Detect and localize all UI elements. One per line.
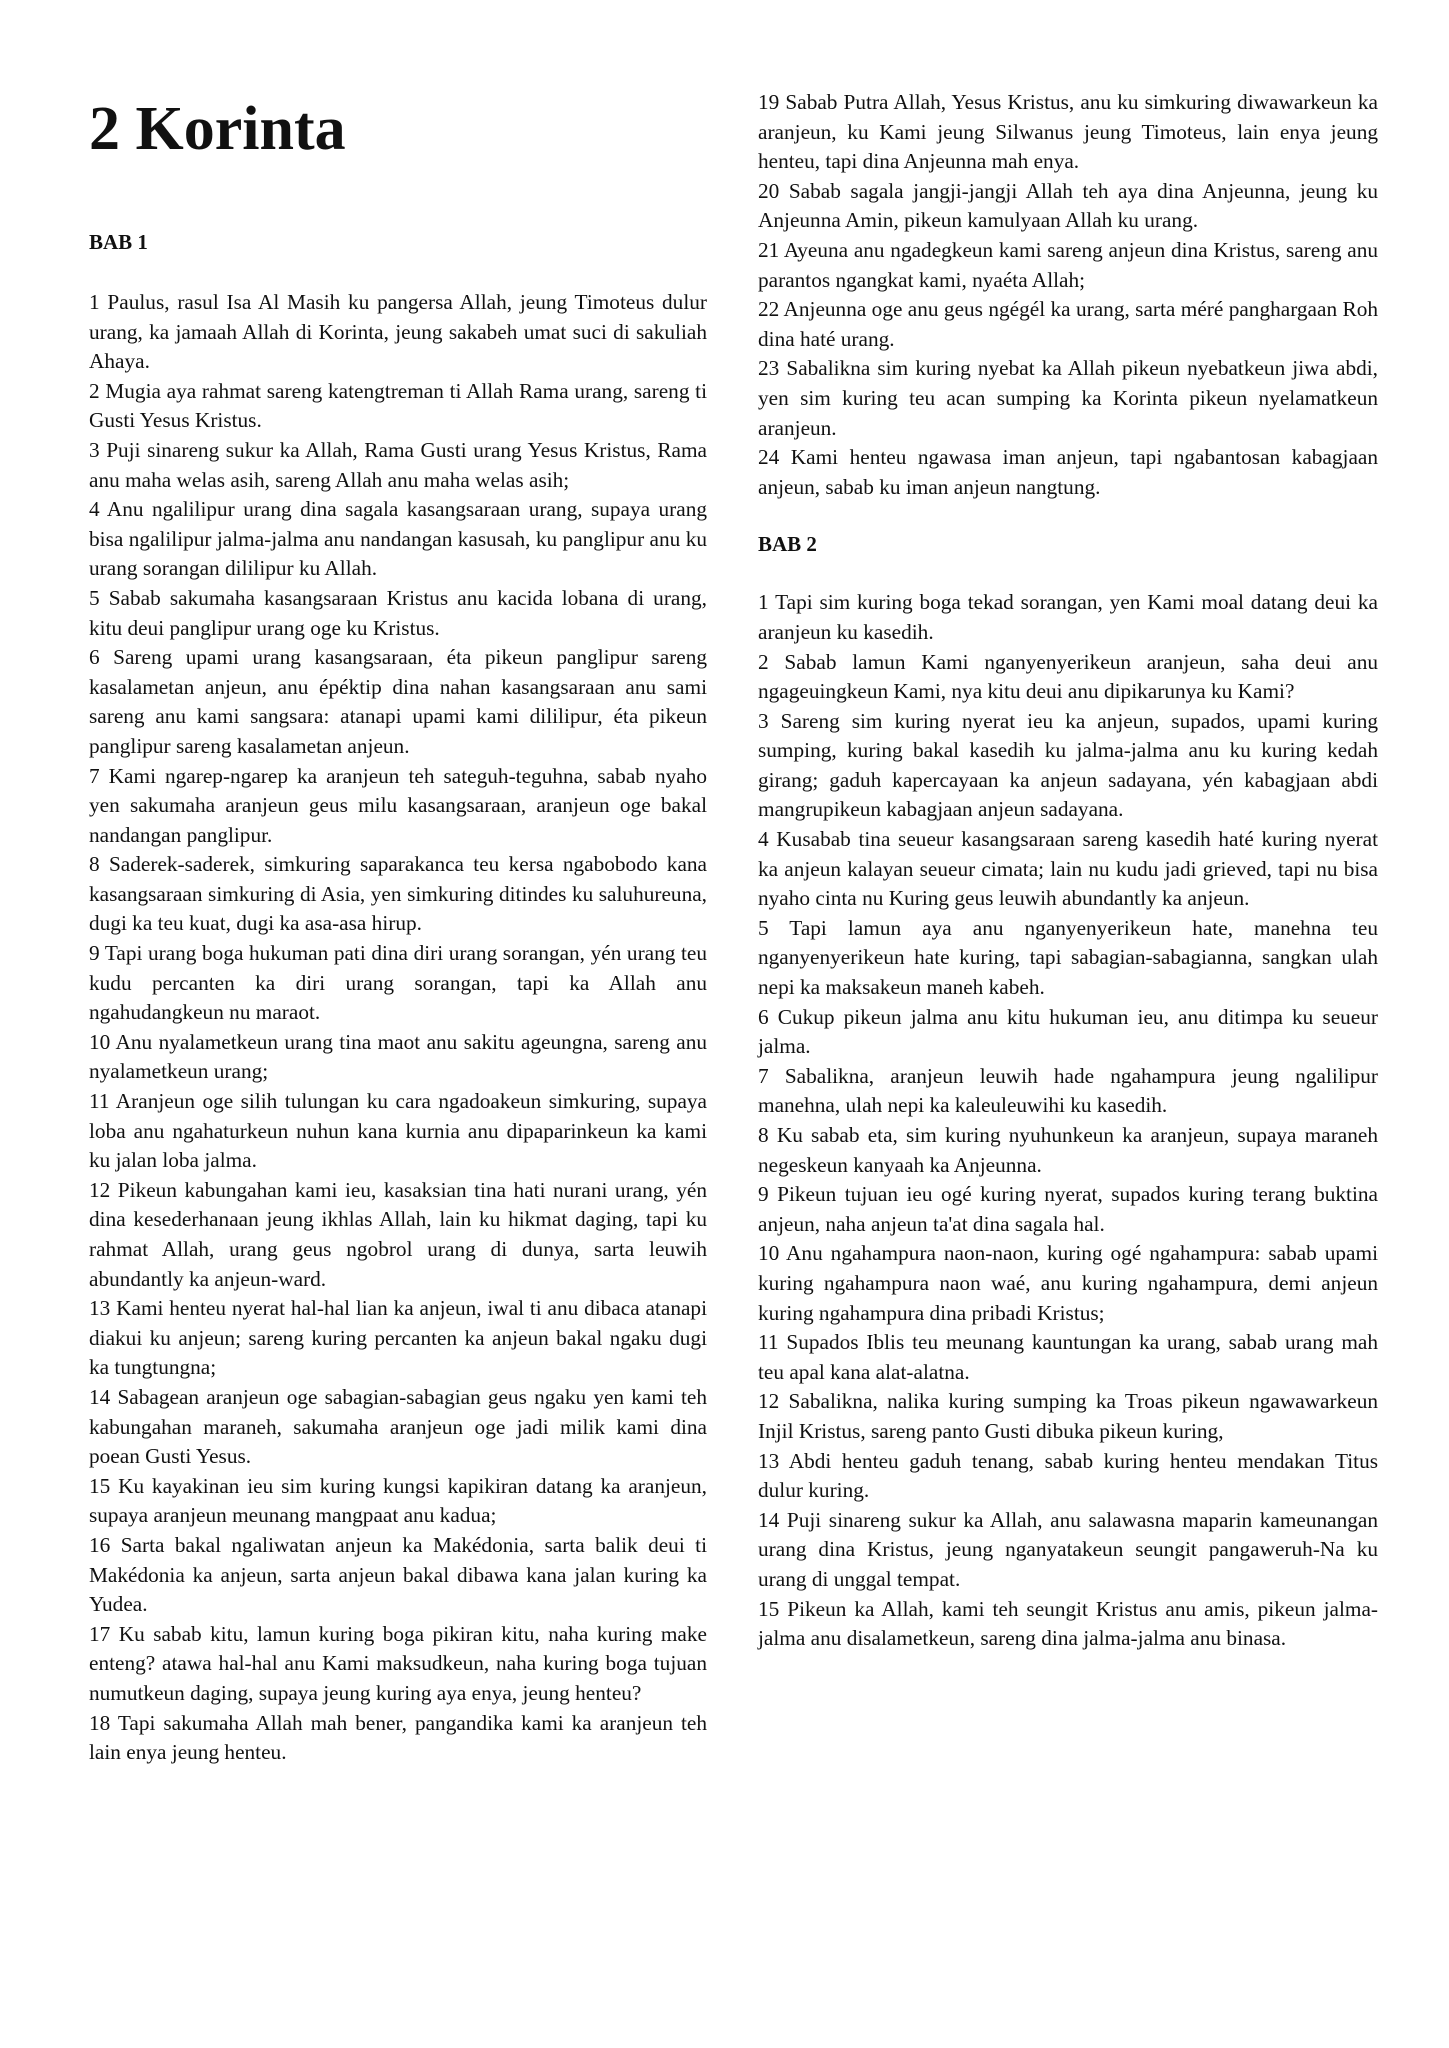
verse: 13 Abdi henteu gaduh tenang, sabab kurin… — [758, 1447, 1378, 1506]
verse: 3 Puji sinareng sukur ka Allah, Rama Gus… — [89, 436, 707, 495]
verse: 12 Pikeun kabungahan kami ieu, kasaksian… — [89, 1176, 707, 1294]
verse: 22 Anjeunna oge anu geus ngégél ka urang… — [758, 295, 1378, 354]
verse: 14 Sabagean aranjeun oge sabagian-sabagi… — [89, 1383, 707, 1472]
chapter-2-verses: 1 Tapi sim kuring boga tekad sorangan, y… — [758, 588, 1378, 1653]
verse: 2 Sabab lamun Kami nganyenyerikeun aranj… — [758, 648, 1378, 707]
verse: 8 Saderek-saderek, simkuring saparakanca… — [89, 850, 707, 939]
verse: 4 Kusabab tina seueur kasangsaraan saren… — [758, 825, 1378, 914]
verse: 7 Kami ngarep-ngarep ka aranjeun teh sat… — [89, 762, 707, 851]
verse: 10 Anu ngahampura naon-naon, kuring ogé … — [758, 1239, 1378, 1328]
verse: 12 Sabalikna, nalika kuring sumping ka T… — [758, 1387, 1378, 1446]
verse: 5 Sabab sakumaha kasangsaraan Kristus an… — [89, 584, 707, 643]
verse: 6 Cukup pikeun jalma anu kitu hukuman ie… — [758, 1003, 1378, 1062]
verse: 16 Sarta bakal ngaliwatan anjeun ka Maké… — [89, 1531, 707, 1620]
verse: 19 Sabab Putra Allah, Yesus Kristus, anu… — [758, 88, 1378, 177]
verse: 2 Mugia aya rahmat sareng katengtreman t… — [89, 377, 707, 436]
verse: 23 Sabalikna sim kuring nyebat ka Allah … — [758, 354, 1378, 443]
chapter-heading-bab-2: BAB 2 — [758, 530, 1378, 558]
verse: 4 Anu ngalilipur urang dina sagala kasan… — [89, 495, 707, 584]
verse: 18 Tapi sakumaha Allah mah bener, pangan… — [89, 1709, 707, 1768]
verse: 13 Kami henteu nyerat hal-hal lian ka an… — [89, 1294, 707, 1383]
verse: 3 Sareng sim kuring nyerat ieu ka anjeun… — [758, 707, 1378, 825]
verse: 10 Anu nyalametkeun urang tina maot anu … — [89, 1028, 707, 1087]
verse: 5 Tapi lamun aya anu nganyenyerikeun hat… — [758, 914, 1378, 1003]
chapter-1-verses-part-1: 1 Paulus, rasul Isa Al Masih ku pangersa… — [89, 288, 707, 1768]
verse: 1 Tapi sim kuring boga tekad sorangan, y… — [758, 588, 1378, 647]
verse: 14 Puji sinareng sukur ka Allah, anu sal… — [758, 1506, 1378, 1595]
document-title: 2 Korinta — [89, 94, 346, 164]
verse: 21 Ayeuna anu ngadegkeun kami sareng anj… — [758, 236, 1378, 295]
verse: 9 Tapi urang boga hukuman pati dina diri… — [89, 939, 707, 1028]
chapter-1-verses-part-2: 19 Sabab Putra Allah, Yesus Kristus, anu… — [758, 88, 1378, 502]
verse: 11 Aranjeun oge silih tulungan ku cara n… — [89, 1087, 707, 1176]
verse: 8 Ku sabab eta, sim kuring nyuhunkeun ka… — [758, 1121, 1378, 1180]
verse: 15 Pikeun ka Allah, kami teh seungit Kri… — [758, 1595, 1378, 1654]
verse: 24 Kami henteu ngawasa iman anjeun, tapi… — [758, 443, 1378, 502]
verse: 11 Supados Iblis teu meunang kauntungan … — [758, 1328, 1378, 1387]
verse: 7 Sabalikna, aranjeun leuwih hade ngaham… — [758, 1062, 1378, 1121]
verse: 1 Paulus, rasul Isa Al Masih ku pangersa… — [89, 288, 707, 377]
verse: 15 Ku kayakinan ieu sim kuring kungsi ka… — [89, 1472, 707, 1531]
verse: 20 Sabab sagala jangji-jangji Allah teh … — [758, 177, 1378, 236]
verse: 9 Pikeun tujuan ieu ogé kuring nyerat, s… — [758, 1180, 1378, 1239]
verse: 17 Ku sabab kitu, lamun kuring boga piki… — [89, 1620, 707, 1709]
chapter-heading-bab-1: BAB 1 — [89, 228, 148, 256]
document-page: 2 Korinta BAB 1 1 Paulus, rasul Isa Al M… — [0, 0, 1449, 2048]
verse: 6 Sareng upami urang kasangsaraan, éta p… — [89, 643, 707, 761]
right-column: 19 Sabab Putra Allah, Yesus Kristus, anu… — [758, 88, 1378, 1654]
